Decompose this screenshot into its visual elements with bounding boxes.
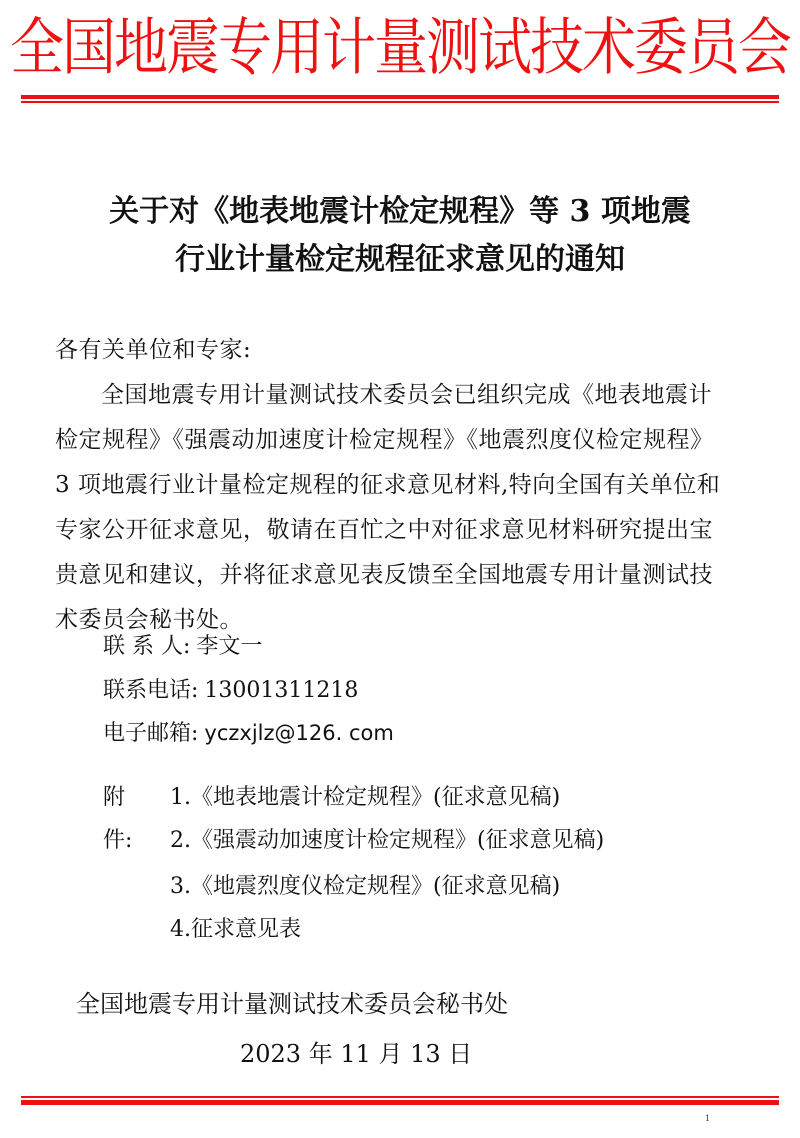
signature-date: 2023 年 11 月 13 日 xyxy=(240,1034,472,1069)
contact-person-label: 联 系 人: xyxy=(103,634,190,659)
attachment-item: 3.《地震烈度仪检定规程》(征求意见稿) xyxy=(170,869,560,900)
footer-divider-thick xyxy=(21,1100,779,1105)
letterhead-divider-thin xyxy=(21,101,779,103)
contact-email: 电子邮箱:yczxjlz@126. com xyxy=(103,716,394,747)
contact-person: 联 系 人:李文一 xyxy=(103,629,262,660)
attachment-item: 4.征求意见表 xyxy=(170,912,301,943)
contact-phone-label: 联系电话: xyxy=(103,678,198,703)
salutation: 各有关单位和专家: xyxy=(55,328,755,373)
attachment-item: 1.《地表地震计检定规程》(征求意见稿) xyxy=(170,780,560,811)
contact-email-value[interactable]: yczxjlz@126. com xyxy=(204,721,393,745)
contact-person-value: 李文一 xyxy=(196,634,262,659)
attachments-label-part2: 件: xyxy=(103,823,132,854)
notice-title-line-2: 行业计量检定规程征求意见的通知 xyxy=(0,240,800,280)
letterhead-organization: 全国地震专用计量测试技术委员会 xyxy=(0,2,800,94)
contact-email-label: 电子邮箱: xyxy=(103,721,198,746)
page-number: 1 xyxy=(705,1114,710,1123)
body-line: 3 项地震行业计量检定规程的征求意见材料,特向全国有关单位和 xyxy=(55,463,755,508)
notice-title-line-1: 关于对《地表地震计检定规程》等 3 项地震 xyxy=(0,192,800,232)
footer-divider-thin xyxy=(21,1096,779,1098)
body-line: 贵意见和建议，并将征求意见表反馈至全国地震专用计量测试技 xyxy=(55,553,755,598)
letterhead-divider-thick xyxy=(21,95,779,99)
contact-phone: 联系电话:13001311218 xyxy=(103,673,358,704)
body-line: 全国地震专用计量测试技术委员会已组织完成《地表地震计 xyxy=(55,373,755,418)
body-line: 专家公开征求意见，敬请在百忙之中对征求意见材料研究提出宝 xyxy=(55,508,755,553)
attachment-item: 2.《强震动加速度计检定规程》(征求意见稿) xyxy=(170,823,604,854)
body-paragraph: 全国地震专用计量测试技术委员会已组织完成《地表地震计 检定规程》《强震动加速度计… xyxy=(55,373,755,643)
attachments-label-part1: 附 xyxy=(103,780,125,811)
body-line: 检定规程》《强震动加速度计检定规程》《地震烈度仪检定规程》 xyxy=(55,418,755,463)
signature-issuer: 全国地震专用计量测试技术委员会秘书处 xyxy=(76,984,508,1019)
contact-phone-value: 13001311218 xyxy=(204,678,358,703)
